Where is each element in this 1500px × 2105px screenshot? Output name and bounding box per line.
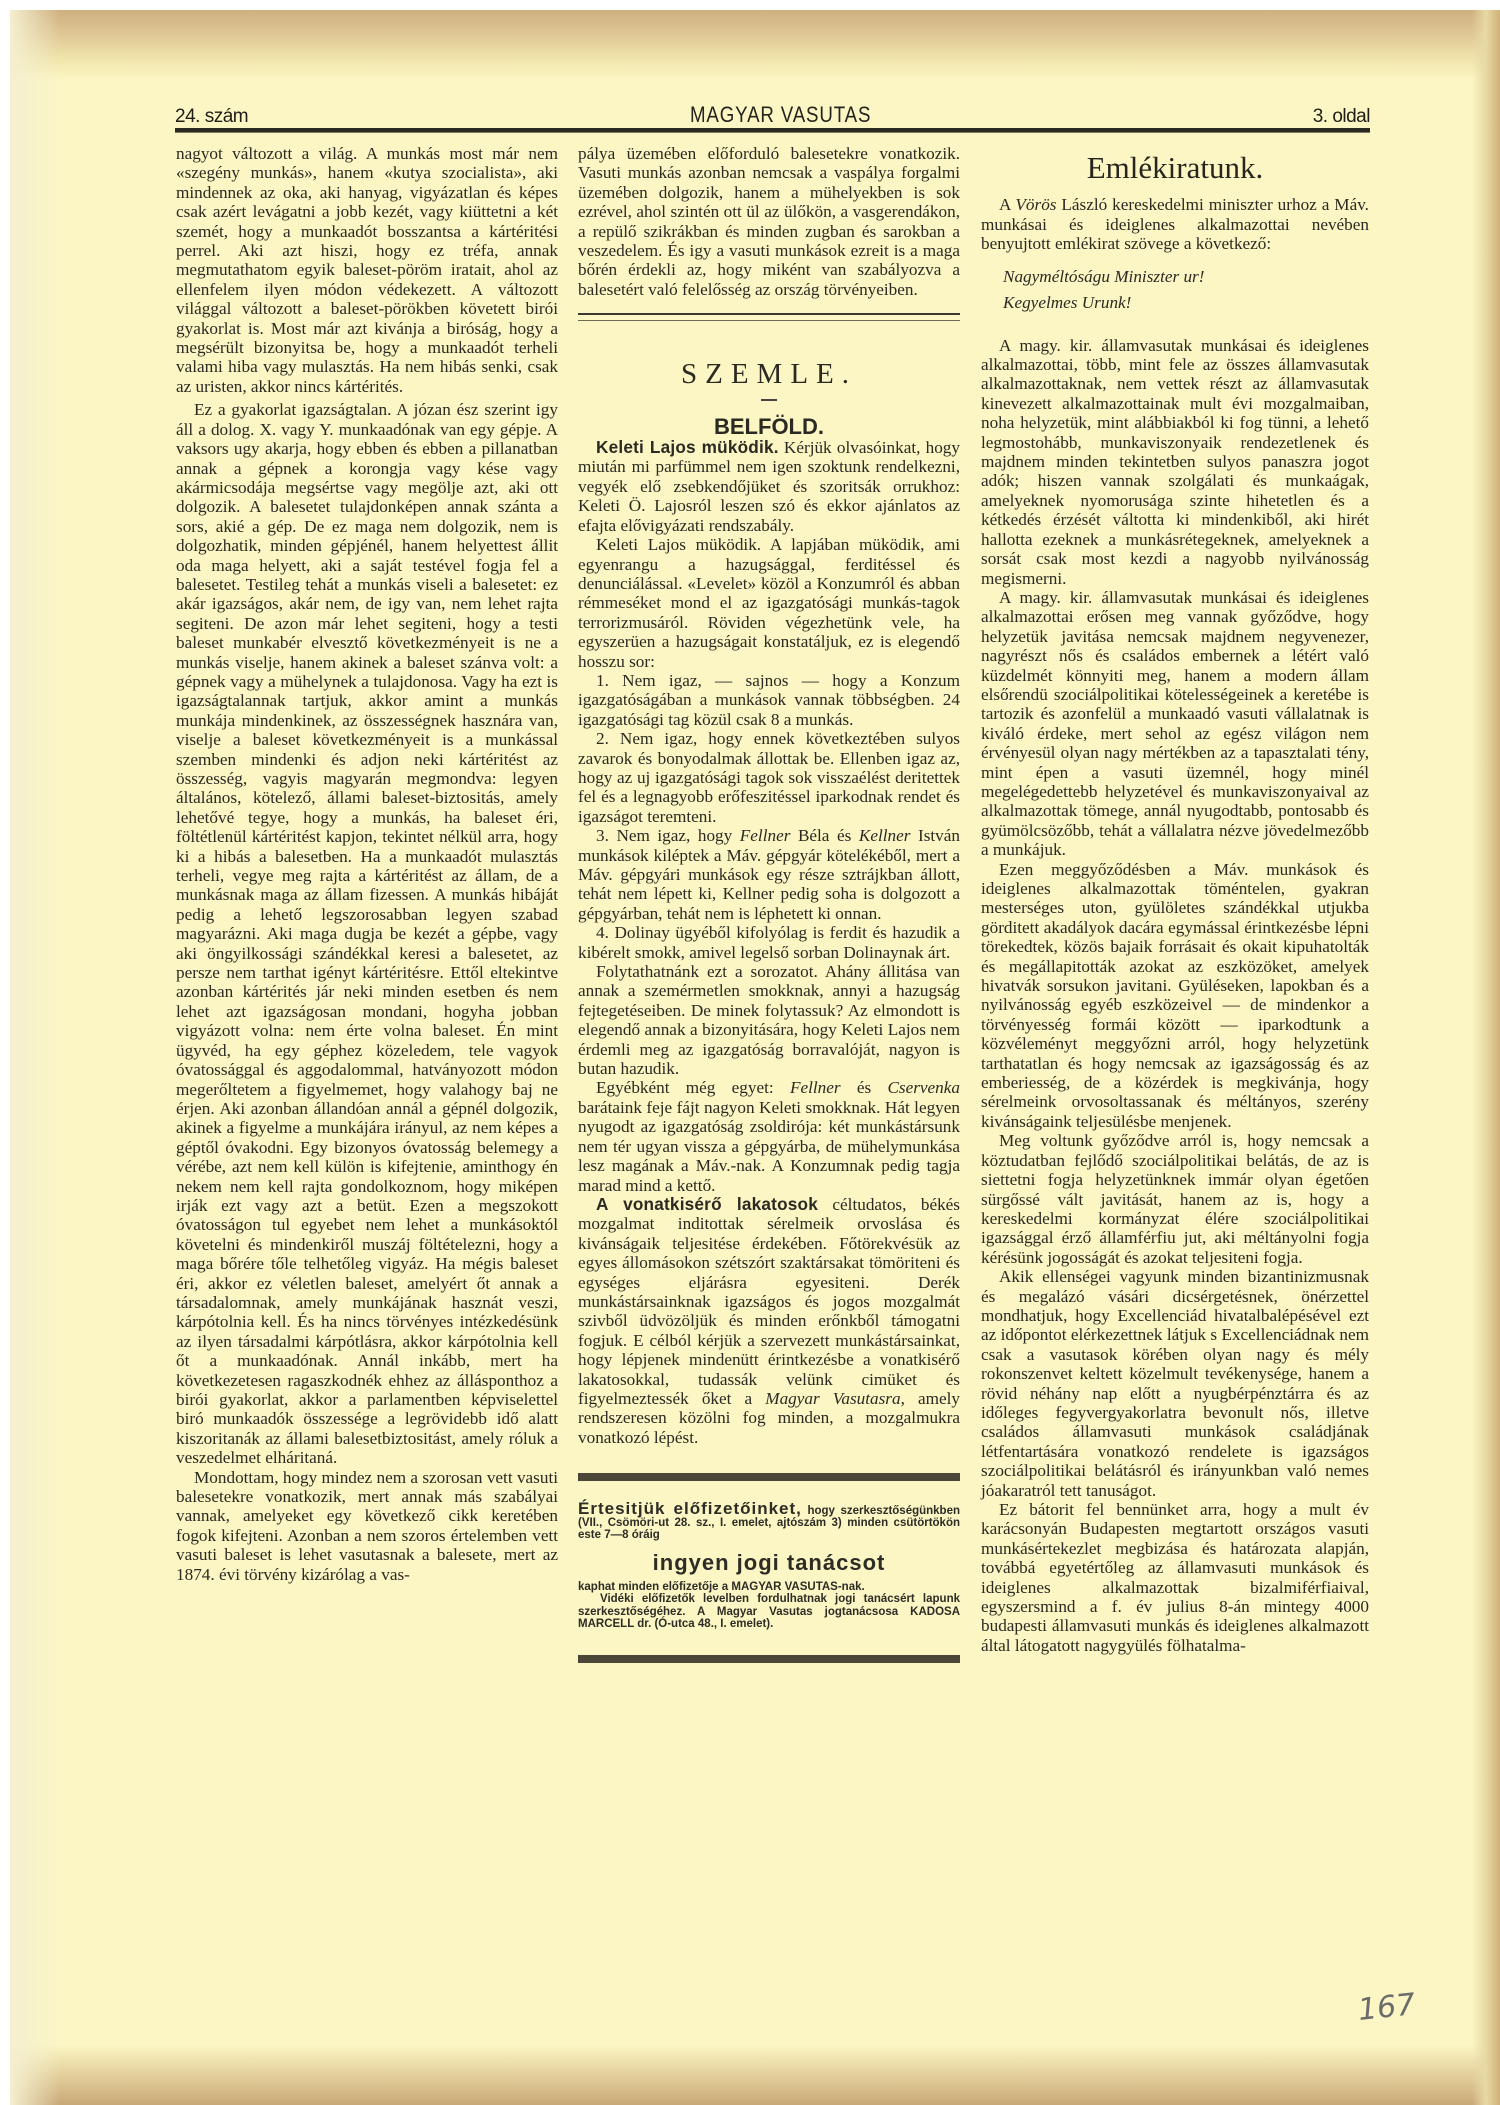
newspaper-title: MAGYAR VASUTAS <box>690 102 871 128</box>
notice-intro: Értesitjük előfizetőinket, hogy szerkesz… <box>578 1503 960 1541</box>
news-item: Keleti Lajos müködik. Kérjük olvasóinkat… <box>578 438 960 535</box>
title-dash <box>761 399 777 401</box>
legal-advice-notice: Értesitjük előfizetőinket, hogy szerkesz… <box>578 1503 960 1630</box>
article-paragraph: Ez bátorit fel bennünket arra, hogy a mu… <box>981 1500 1369 1655</box>
notice-line: Vidéki előfizetők levelben fordulhatnak … <box>578 1593 960 1631</box>
article-paragraph: Mondottam, hogy mindez nem a szorosan ve… <box>176 1468 558 1584</box>
article-paragraph: A magy. kir. államvasutak munkásai és id… <box>981 336 1369 588</box>
article-paragraph: Ez a gyakorlat igazságtalan. A józan ész… <box>176 400 558 1467</box>
news-paragraph: Egyébként még egyet: Fellner és Cservenk… <box>578 1078 960 1194</box>
salutation: Nagyméltóságu Miniszter ur! <box>1003 264 1369 290</box>
list-item: 2. Nem igaz, hogy ennek következtében su… <box>578 729 960 826</box>
list-item: 3. Nem igaz, hogy Fellner Béla és Kellne… <box>578 826 960 923</box>
article-paragraph: Ezen meggyőződésben a Máv. munkások és i… <box>981 860 1369 1132</box>
notice-headline: ingyen jogi tanácsot <box>578 1553 960 1572</box>
column-right: Emlékiratunk. A Vörös László kereskedelm… <box>981 144 1369 1655</box>
section-divider <box>578 313 960 321</box>
list-item: 1. Nem igaz, — sajnos — hogy a Konzum ig… <box>578 671 960 729</box>
paper-stain-left <box>10 10 60 2105</box>
page-number: 3. oldal <box>1313 106 1370 128</box>
salutation: Kegyelmes Urunk! <box>1003 290 1369 316</box>
news-paragraph: Keleti Lajos müködik. A lapjában müködik… <box>578 535 960 671</box>
masthead: 24. szám MAGYAR VASUTAS 3. oldal <box>175 98 1370 128</box>
news-item: A vonatkisérő lakatosok céltudatos, béké… <box>578 1195 960 1447</box>
article-paragraph: A magy. kir. államvasutak munkásai és id… <box>981 588 1369 860</box>
news-paragraph: Folytathatnánk ezt a sorozatot. Ahány ál… <box>578 962 960 1078</box>
column-left: nagyot változott a világ. A munkás most … <box>176 144 558 1584</box>
handwritten-page-number: 167 <box>1356 1987 1417 2028</box>
article-continuation: pálya üzemében előforduló balesetekre vo… <box>578 144 960 299</box>
column-middle: pálya üzemében előforduló balesetekre vo… <box>578 144 960 1663</box>
paper-stain-bottom <box>10 2045 1500 2105</box>
masthead-rule <box>175 128 1370 133</box>
section-title-szemle: SZEMLE. <box>578 365 960 384</box>
list-item: 4. Dolinay ügyéből kifolyólag is ferdit … <box>578 923 960 962</box>
paper-stain-right <box>1472 10 1500 2105</box>
article-title-emlekiratunk: Emlékiratunk. <box>981 158 1369 177</box>
article-paragraph: Akik ellenségei vagyunk minden bizantini… <box>981 1267 1369 1500</box>
article-paragraph: nagyot változott a világ. A munkás most … <box>176 144 558 396</box>
article-intro: A Vörös László kereskedelmi miniszter ur… <box>981 195 1369 253</box>
article-paragraph: Meg voltunk győződve arról is, hogy nemc… <box>981 1131 1369 1267</box>
news-item-lead: Keleti Lajos müködik. <box>596 437 779 457</box>
notice-divider <box>578 1473 960 1481</box>
notice-bottom-divider <box>578 1655 960 1663</box>
notice-line: kaphat minden előfizetője a MAGYAR VASUT… <box>578 1581 960 1594</box>
issue-number: 24. szám <box>175 106 248 128</box>
news-item-lead: A vonatkisérő lakatosok <box>596 1194 818 1214</box>
subsection-title-belfold: BELFÖLD. <box>578 417 960 436</box>
paper-stain-top <box>10 10 1500 80</box>
